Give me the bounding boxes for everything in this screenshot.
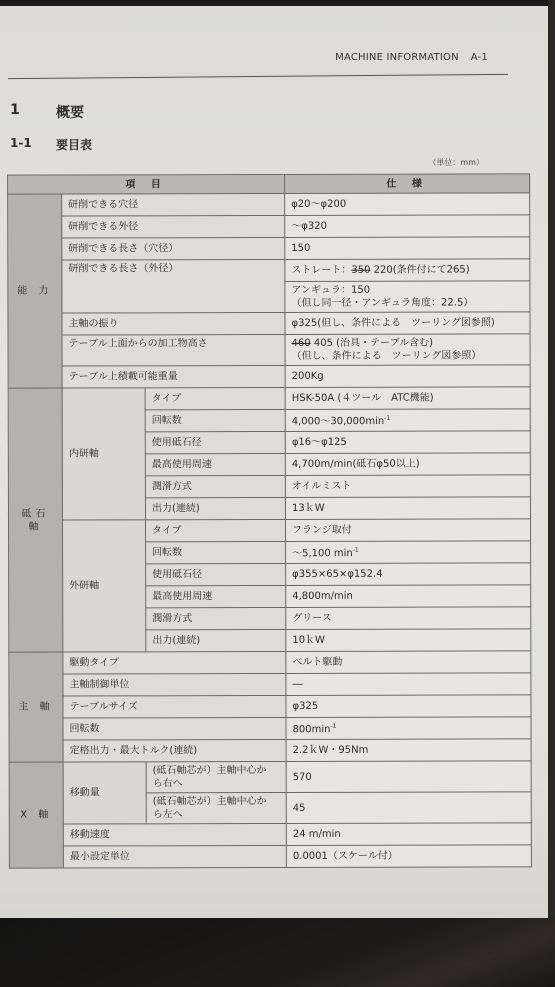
item-line: (砥石軸芯が）主軸中心か bbox=[153, 795, 280, 808]
value-text: 220(条件付にて265) bbox=[374, 264, 470, 275]
value-line: （但し同一径・アンギュラ角度：22.5） bbox=[291, 296, 523, 310]
row-value: グリース bbox=[286, 607, 531, 630]
value-text: 405 (治具・テーブル含む) bbox=[314, 338, 433, 349]
row-value: φ325 bbox=[286, 695, 531, 718]
row-item: (砥石軸芯が）主軸中心から右へ bbox=[146, 761, 286, 792]
row-value: HSK-50A (４ツール ATC機能) bbox=[285, 387, 530, 410]
row-item: 出力(連続) bbox=[145, 497, 285, 519]
header-divider bbox=[8, 74, 508, 79]
table-row: 回転数 800min-1 bbox=[9, 717, 531, 740]
value-text: 4,000～30,000min bbox=[292, 416, 385, 427]
background-surface bbox=[0, 918, 555, 987]
table-row: 主軸の振り φ325(但し、条件による ツーリング図参照) bbox=[8, 312, 530, 335]
value-exponent: -1 bbox=[353, 547, 359, 554]
value-line: （但し、条件による ツーリング図参照） bbox=[292, 349, 524, 363]
subcategory-internal: 内研軸 bbox=[62, 388, 145, 520]
row-item: 主軸制御単位 bbox=[63, 673, 286, 696]
header-title: MACHINE INFORMATION bbox=[335, 52, 459, 63]
row-item: テーブル上積載可能重量 bbox=[62, 365, 285, 388]
table-row: 研削できる外径 ～φ320 bbox=[8, 215, 530, 238]
row-value: φ355×65×φ152.4 bbox=[286, 563, 531, 586]
row-value: アンギュラ：150（但し同一径・アンギュラ角度：22.5） bbox=[285, 281, 530, 313]
row-value: 570 bbox=[286, 761, 531, 793]
subcategory-external: 外研軸 bbox=[62, 520, 145, 652]
row-item: 潤滑方式 bbox=[145, 475, 285, 497]
item-line: (砥石軸芯が）主軸中心か bbox=[153, 764, 280, 777]
table-row: テーブルサイズ φ325 bbox=[9, 695, 531, 718]
row-item: テーブルサイズ bbox=[63, 695, 286, 718]
row-value: ― bbox=[286, 673, 531, 696]
row-item: (砥石軸芯が）主軸中心から左へ bbox=[146, 792, 286, 823]
row-value: ベルト駆動 bbox=[286, 651, 531, 674]
struck-value: 460 bbox=[292, 338, 311, 349]
item-line: ら左へ bbox=[153, 808, 280, 821]
row-item: 駆動タイプ bbox=[63, 651, 286, 674]
page-header: MACHINE INFORMATIONA-1 bbox=[335, 52, 488, 63]
row-item: タイプ bbox=[145, 519, 285, 541]
subcategory-travel: 移動量 bbox=[63, 762, 146, 824]
table-row: 移動速度 24 m/min bbox=[9, 823, 531, 846]
table-header-row: 項 目 仕 様 bbox=[8, 174, 530, 194]
row-value: 150 bbox=[285, 237, 530, 260]
page-number: A-1 bbox=[471, 52, 488, 63]
row-value: φ325(但し、条件による ツーリング図参照) bbox=[285, 312, 530, 335]
table-row: 最小設定単位 0.0001（スケール付） bbox=[9, 845, 531, 868]
category-x-axis: X 軸 bbox=[9, 762, 63, 868]
row-item: 研削できる外径 bbox=[62, 215, 285, 238]
value-text: ～5,100 min bbox=[292, 548, 353, 559]
row-value: 460 405 (治具・テーブル含む)（但し、条件による ツーリング図参照） bbox=[285, 334, 530, 366]
section-number: 1 bbox=[10, 102, 20, 118]
subsection-title: 要目表 bbox=[56, 136, 92, 153]
table-row: 定格出力・最大トルク(連続) 2.2ｋW・95Nm bbox=[9, 739, 531, 762]
table-row: 主軸制御単位 ― bbox=[9, 673, 531, 696]
table-row: テーブル上積載可能重量 200Kg bbox=[8, 365, 530, 388]
row-item: 最高使用周速 bbox=[145, 453, 285, 475]
row-value: φ20～φ200 bbox=[285, 193, 530, 216]
row-item: 主軸の振り bbox=[62, 312, 285, 335]
row-item: 使用砥石径 bbox=[146, 563, 286, 585]
value-prefix: ストレート： bbox=[291, 265, 351, 276]
row-value: ～φ320 bbox=[285, 215, 530, 238]
category-main-spindle: 主 軸 bbox=[9, 652, 63, 762]
subsection-number: 1-1 bbox=[10, 136, 32, 150]
unit-note: （単位：mm） bbox=[428, 157, 484, 168]
category-wheel-spindle: 砥石軸 bbox=[8, 388, 63, 652]
table-row: 研削できる長さ（外径） ストレート：350 220(条件付にて265) bbox=[8, 259, 530, 282]
category-capacity: 能 力 bbox=[8, 194, 63, 388]
value-exponent: -1 bbox=[330, 723, 336, 730]
header-item: 項 目 bbox=[8, 174, 285, 194]
row-value: 0.0001（スケール付） bbox=[286, 845, 531, 868]
row-item: 回転数 bbox=[146, 541, 286, 563]
table-row: X 軸 移動量 (砥石軸芯が）主軸中心から右へ 570 bbox=[9, 761, 531, 793]
row-item: 回転数 bbox=[63, 717, 286, 740]
table-row: 能 力 研削できる穴径 φ20～φ200 bbox=[8, 193, 530, 216]
row-value: 2.2ｋW・95Nm bbox=[286, 739, 531, 762]
struck-value: 350 bbox=[351, 265, 370, 276]
background-edge bbox=[548, 0, 555, 987]
table-row: 研削できる長さ（穴径） 150 bbox=[8, 237, 530, 260]
header-spec: 仕 様 bbox=[285, 174, 530, 194]
row-value: オイルミスト bbox=[285, 475, 530, 498]
row-item: 最小設定単位 bbox=[63, 845, 286, 868]
row-item: 移動速度 bbox=[63, 823, 286, 846]
row-value: 800min-1 bbox=[286, 717, 531, 740]
row-value: 45 bbox=[286, 792, 531, 824]
table-row: テーブル上面からの加工物高さ 460 405 (治具・テーブル含む)（但し、条件… bbox=[8, 334, 530, 366]
row-value: 13ｋW bbox=[285, 497, 530, 520]
row-value: ～5,100 min-1 bbox=[286, 541, 531, 564]
row-value: 24 m/min bbox=[286, 823, 531, 846]
row-item: 研削できる長さ（外径） bbox=[62, 259, 285, 313]
value-exponent: -1 bbox=[384, 415, 390, 422]
item-line: ら右へ bbox=[153, 777, 280, 790]
section-title: 概要 bbox=[56, 102, 84, 122]
table-row: 砥石軸 内研軸 タイプ HSK-50A (４ツール ATC機能) bbox=[8, 387, 530, 410]
row-item: 定格出力・最大トルク(連続) bbox=[63, 739, 286, 762]
spec-table: 項 目 仕 様 能 力 研削できる穴径 φ20～φ200 研削できる外径 ～φ3… bbox=[7, 173, 532, 868]
row-item: 最高使用周速 bbox=[146, 585, 286, 607]
row-item: 回転数 bbox=[145, 409, 285, 431]
row-value: 4,800m/min bbox=[286, 585, 531, 608]
row-value: ストレート：350 220(条件付にて265) bbox=[285, 259, 530, 282]
row-item: 研削できる穴径 bbox=[62, 193, 285, 216]
row-value: 4,700m/min(砥石φ50以上) bbox=[285, 453, 530, 476]
row-value: フランジ取付 bbox=[286, 519, 531, 542]
table-row: 外研軸 タイプ フランジ取付 bbox=[8, 519, 530, 542]
table-row: 主 軸 駆動タイプ ベルト駆動 bbox=[9, 651, 531, 674]
row-item: 潤滑方式 bbox=[146, 607, 286, 629]
row-value: 4,000～30,000min-1 bbox=[285, 409, 530, 432]
row-item: 使用砥石径 bbox=[145, 431, 285, 453]
row-item: テーブル上面からの加工物高さ bbox=[62, 334, 285, 366]
row-value: 10ｋW bbox=[286, 629, 531, 652]
row-item: 研削できる長さ（穴径） bbox=[62, 237, 285, 260]
row-value: φ16～φ125 bbox=[285, 431, 530, 454]
value-text: 800min bbox=[293, 724, 331, 735]
row-item: 出力(連続) bbox=[146, 629, 286, 651]
value-line: アンギュラ：150 bbox=[291, 283, 523, 297]
document-page: MACHINE INFORMATIONA-1 1 概要 1-1 要目表 （単位：… bbox=[0, 6, 548, 918]
row-item: タイプ bbox=[145, 387, 285, 409]
row-value: 200Kg bbox=[285, 365, 530, 388]
